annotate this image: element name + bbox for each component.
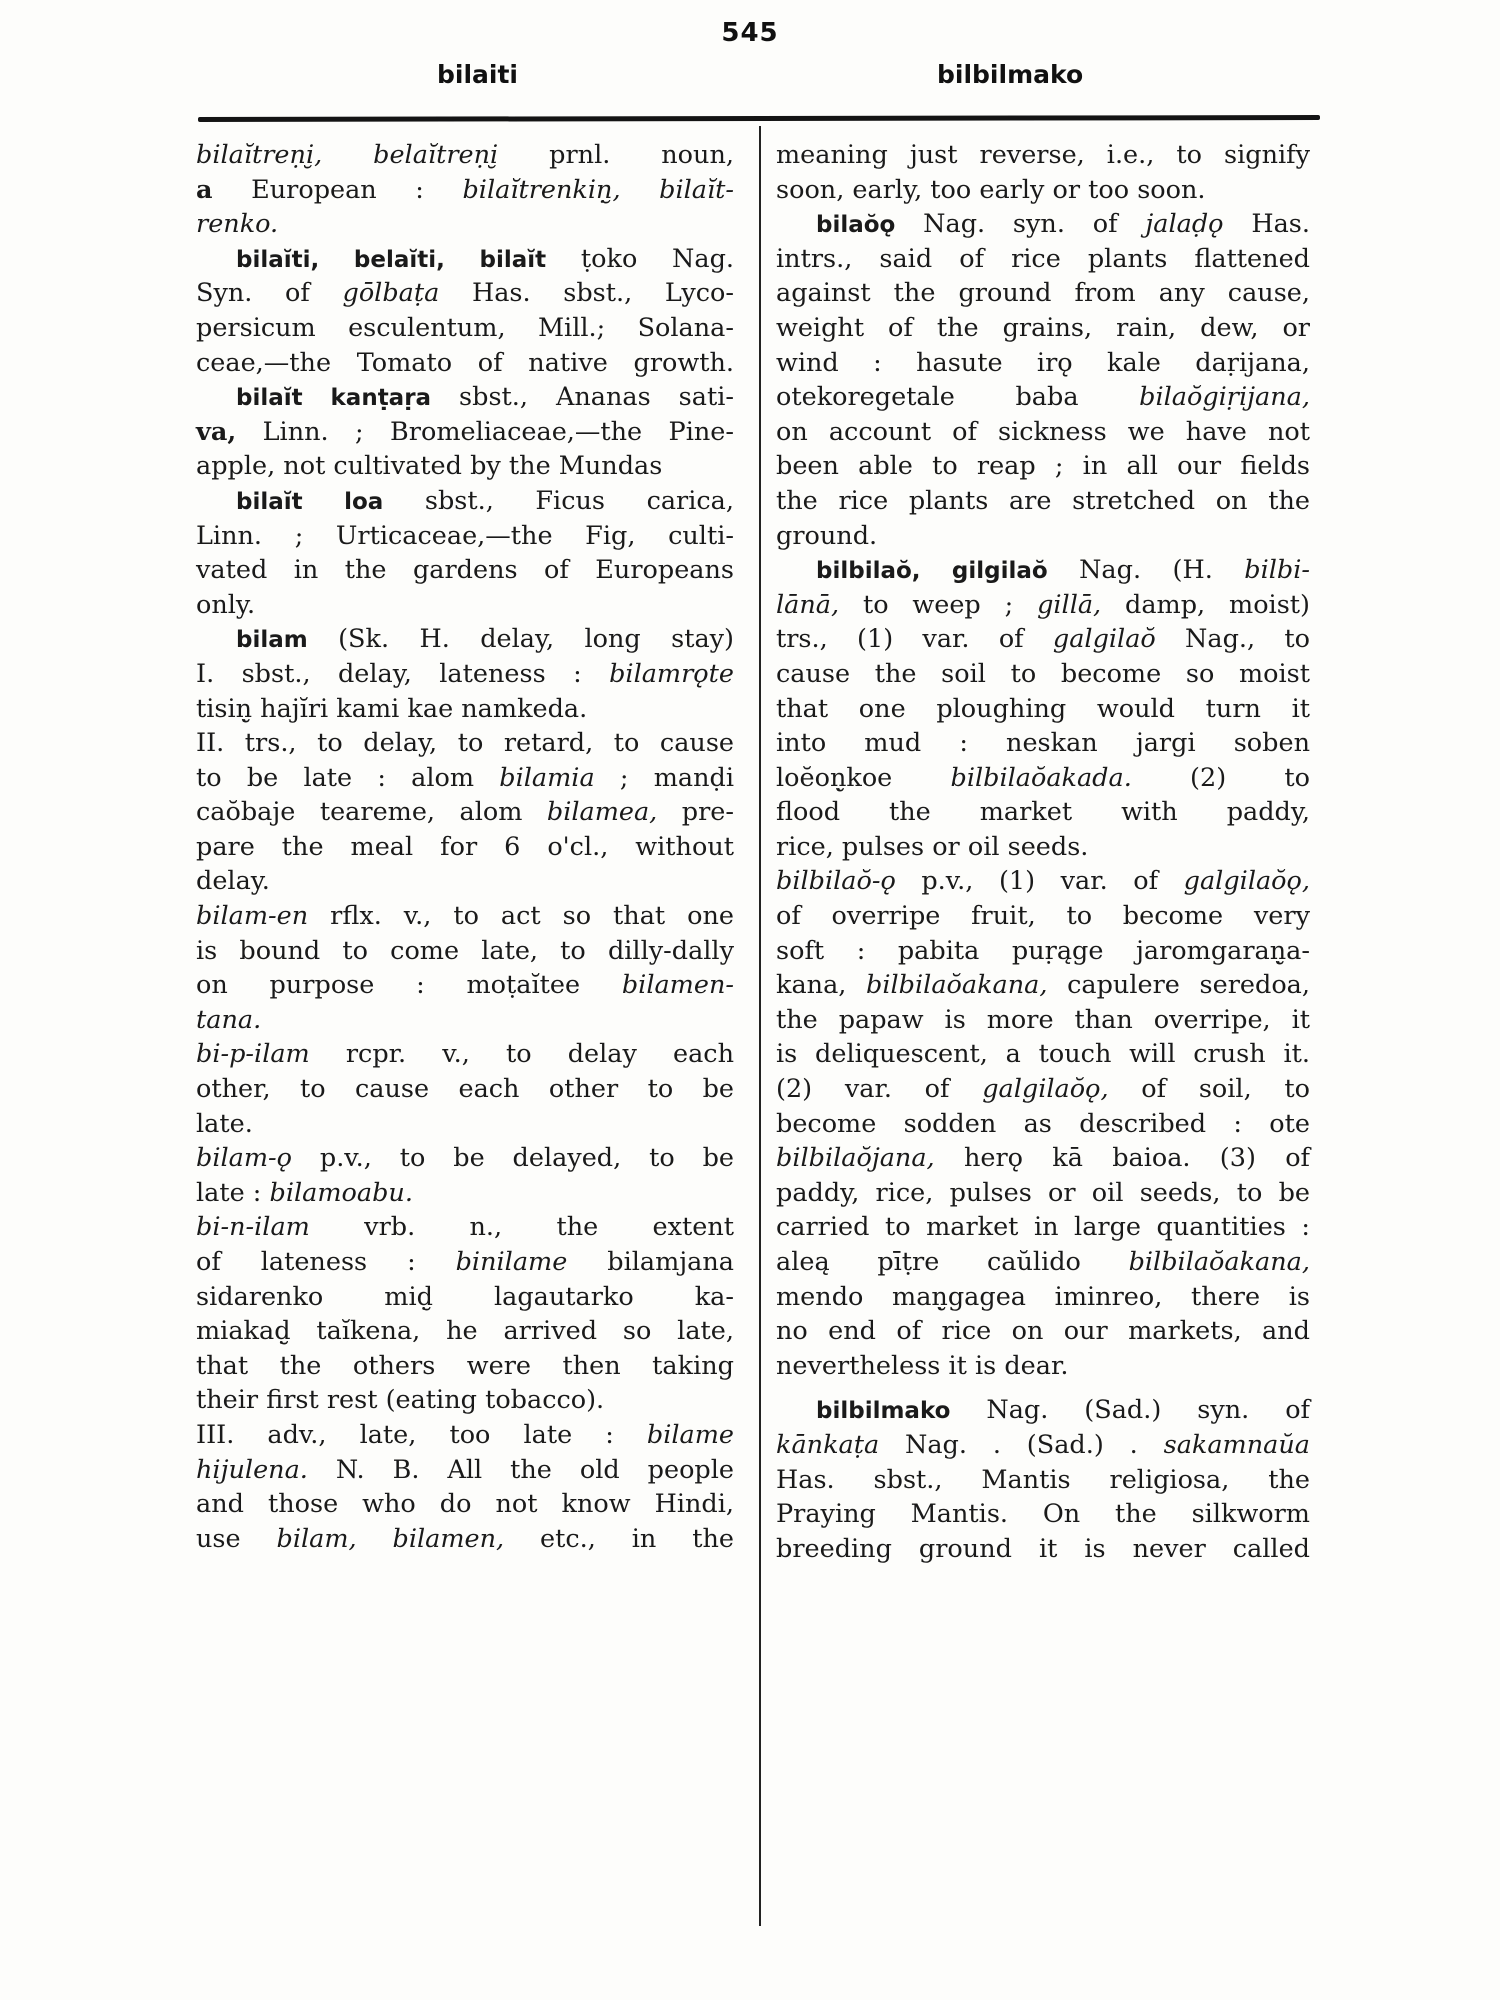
- text-segment: wind : hasute irǫ kale daṛijana,: [776, 348, 1310, 378]
- headword: bilbilmako: [816, 1398, 950, 1424]
- text-line: against the ground from any cause,: [776, 276, 1310, 311]
- italic-term: galgilaŏǫ,: [1184, 866, 1310, 896]
- text-segment: Nag. (Sad.) syn. of: [950, 1395, 1310, 1425]
- text-line: kana, bilbilaŏakana, capulere seredoa,: [776, 968, 1310, 1003]
- text-segment: vated in the gardens of Europeans: [196, 555, 734, 585]
- text-line: bilaŏǫ Nag. syn. of jalaḍǫ Has.: [776, 207, 1310, 242]
- text-line: on purpose : moṭaĭtee bilamen-: [196, 968, 734, 1003]
- text-line: only.: [196, 588, 734, 623]
- text-segment: become sodden as described : ote: [776, 1109, 1310, 1139]
- text-segment: of lateness :: [196, 1247, 456, 1277]
- text-segment: rice, pulses or oil seeds.: [776, 832, 1088, 862]
- text-segment: tisiṇ̮ hajĭri kami kae namkeda.: [196, 694, 587, 724]
- text-segment: Syn. of: [196, 278, 343, 308]
- text-line: wind : hasute irǫ kale daṛijana,: [776, 346, 1310, 381]
- text-line: soon, early, too early or too soon.: [776, 173, 1310, 208]
- italic-term: bilbi-: [1244, 555, 1310, 585]
- italic-term: bilbilaŏjana,: [776, 1143, 935, 1173]
- text-segment: use: [196, 1524, 277, 1554]
- italic-term: bilamia: [499, 763, 594, 793]
- italic-term: tana.: [196, 1005, 261, 1035]
- italic-term: bilamea,: [547, 797, 657, 827]
- italic-term: bilbilaŏ-ǫ: [776, 866, 896, 896]
- text-line: apple, not cultivated by the Mundas: [196, 449, 734, 484]
- text-segment: that the others were then taking: [196, 1351, 734, 1381]
- text-segment: p.v., to be delayed, to be: [292, 1143, 734, 1173]
- text-line: lānā, to weep ; gillā, damp, moist): [776, 588, 1310, 623]
- text-line: to be late : alom bilamia ; manḍi: [196, 761, 734, 796]
- text-segment: damp, moist): [1101, 590, 1310, 620]
- text-line: is deliquescent, a touch will crush it.: [776, 1037, 1310, 1072]
- text-segment: II. trs., to delay, to retard, to cause: [196, 728, 734, 758]
- text-segment: late.: [196, 1109, 253, 1139]
- italic-term: bi-p-ilam: [196, 1039, 310, 1069]
- text-segment: aleą pīṭre caŭlido: [776, 1247, 1129, 1277]
- right-column: meaning just reverse, i.e., to signifyso…: [776, 138, 1310, 1566]
- italic-term: bilame: [647, 1420, 734, 1450]
- headword: bilam: [236, 627, 308, 653]
- text-segment: on account of sickness we have not: [776, 417, 1310, 447]
- italic-term: bi-n-ilam: [196, 1212, 310, 1242]
- text-segment: the rice plants are stretched on the: [776, 486, 1310, 516]
- text-line: III. adv., late, too late : bilame: [196, 1418, 734, 1453]
- text-line: the rice plants are stretched on the: [776, 484, 1310, 519]
- text-line: loĕoṇ̮koe bilbilaŏakada. (2) to: [776, 761, 1310, 796]
- text-segment: against the ground from any cause,: [776, 278, 1310, 308]
- guide-word-left: bilaiti: [437, 60, 518, 89]
- text-segment: that one ploughing would turn it: [776, 694, 1310, 724]
- text-segment: Nag., to: [1156, 624, 1310, 654]
- text-segment: is deliquescent, a touch will crush it.: [776, 1039, 1310, 1069]
- text-line: soft : pabita puṛąge jaromgaraṇ̮a-: [776, 934, 1310, 969]
- headword: bilbilaŏ, gilgilaŏ: [816, 558, 1048, 584]
- text-segment: carried to market in large quantities :: [776, 1212, 1310, 1242]
- text-line: that one ploughing would turn it: [776, 692, 1310, 727]
- text-segment: bilamjana: [567, 1247, 734, 1277]
- text-line: sidarenko miḍ̮ lagautarko ka-: [196, 1280, 734, 1315]
- text-segment: soon, early, too early or too soon.: [776, 175, 1206, 205]
- italic-term: bilamen-: [622, 970, 734, 1000]
- text-line: a European : bilaĭtrenkiṇ̮, bilaĭt-: [196, 173, 734, 208]
- text-line: the papaw is more than overripe, it: [776, 1003, 1310, 1038]
- text-line: meaning just reverse, i.e., to signify: [776, 138, 1310, 173]
- text-segment: Nag. syn. of: [895, 209, 1145, 239]
- headword: bilaĭti, belaĭti, bilaĭt: [236, 247, 546, 273]
- text-segment: Has. sbst., Mantis religiosa, the: [776, 1465, 1310, 1495]
- headword: bilaŏǫ: [816, 212, 895, 238]
- text-segment: and those who do not know Hindi,: [196, 1489, 734, 1519]
- text-segment: miakaḍ̮ taĭkena, he arrived so late,: [196, 1316, 734, 1346]
- text-segment: breeding ground it is never called: [776, 1534, 1310, 1564]
- text-line: of overripe fruit, to become very: [776, 899, 1310, 934]
- text-line: on account of sickness we have not: [776, 415, 1310, 450]
- text-line: otekoregetale baba bilaŏgiṛijana,: [776, 380, 1310, 415]
- italic-term: hijulena.: [196, 1455, 308, 1485]
- text-line: tisiṇ̮ hajĭri kami kae namkeda.: [196, 692, 734, 727]
- text-segment: ceae,—the Tomato of native growth.: [196, 348, 734, 378]
- text-line: cause the soil to become so moist: [776, 657, 1310, 692]
- text-line: kānkaṭa Nag. . (Sad.) . sakamnaŭa: [776, 1428, 1310, 1463]
- text-segment: to weep ;: [839, 590, 1037, 620]
- text-line: of lateness : binilame bilamjana: [196, 1245, 734, 1280]
- text-line: and those who do not know Hindi,: [196, 1487, 734, 1522]
- text-line: delay.: [196, 864, 734, 899]
- italic-term: kānkaṭa: [776, 1430, 879, 1460]
- text-segment: cause the soil to become so moist: [776, 659, 1310, 689]
- text-segment: Nag. . (Sad.) .: [879, 1430, 1163, 1460]
- text-segment: (2) to: [1132, 763, 1310, 793]
- text-segment: Praying Mantis. On the silkworm: [776, 1499, 1310, 1529]
- text-segment: I. sbst., delay, lateness :: [196, 659, 609, 689]
- page-number: 545: [0, 18, 1500, 48]
- text-line: va, Linn. ; Bromeliaceae,—the Pine-: [196, 415, 734, 450]
- column-divider: [759, 126, 761, 1926]
- text-line: weight of the grains, rain, dew, or: [776, 311, 1310, 346]
- italic-term: bilaŏgiṛijana,: [1139, 382, 1310, 412]
- text-segment: (2) var. of: [776, 1074, 982, 1104]
- italic-term: bilamoabu.: [270, 1178, 413, 1208]
- text-line: I. sbst., delay, lateness : bilamrǫte: [196, 657, 734, 692]
- text-line: no end of rice on our markets, and: [776, 1314, 1310, 1349]
- text-segment: ṭoko Nag.: [546, 244, 734, 274]
- text-segment: va,: [196, 417, 236, 447]
- italic-term: galgilaŏ: [1053, 624, 1156, 654]
- text-line: nevertheless it is dear.: [776, 1349, 1310, 1384]
- italic-term: bilbilaŏakana,: [866, 970, 1047, 1000]
- italic-term: bilamrǫte: [609, 659, 734, 689]
- text-segment: the papaw is more than overripe, it: [776, 1005, 1310, 1035]
- text-segment: flood the market with paddy,: [776, 797, 1310, 827]
- text-line: breeding ground it is never called: [776, 1532, 1310, 1567]
- text-line: bilaĭt kanṭaṛa sbst., Ananas sati-: [196, 380, 734, 415]
- text-line: bilam-en rflx. v., to act so that one: [196, 899, 734, 934]
- text-segment: pre-: [657, 797, 734, 827]
- text-segment: etc., in the: [504, 1524, 734, 1554]
- text-line: caŏbaje teareme, alom bilamea, pre-: [196, 795, 734, 830]
- text-line: bilam (Sk. H. delay, long stay): [196, 622, 734, 657]
- text-line: (2) var. of galgilaŏǫ, of soil, to: [776, 1072, 1310, 1107]
- text-segment: herǫ kā baioa. (3) of: [935, 1143, 1310, 1173]
- text-line: Has. sbst., Mantis religiosa, the: [776, 1463, 1310, 1498]
- italic-term: gōlbaṭa: [343, 278, 440, 308]
- text-segment: to be late : alom: [196, 763, 499, 793]
- text-line: been able to reap ; in all our fields: [776, 449, 1310, 484]
- italic-term: bilbilaŏakana,: [1129, 1247, 1310, 1277]
- text-line: become sodden as described : ote: [776, 1107, 1310, 1142]
- text-segment: on purpose : moṭaĭtee: [196, 970, 622, 1000]
- text-segment: paddy, rice, pulses or oil seeds, to be: [776, 1178, 1310, 1208]
- text-segment: III. adv., late, too late :: [196, 1420, 647, 1450]
- text-line: flood the market with paddy,: [776, 795, 1310, 830]
- text-line: Syn. of gōlbaṭa Has. sbst., Lyco-: [196, 276, 734, 311]
- italic-term: gillā,: [1037, 590, 1101, 620]
- text-segment: intrs., said of rice plants flattened: [776, 244, 1310, 274]
- text-segment: Has.: [1224, 209, 1310, 239]
- italic-term: bilaĭtrenkiṇ̮, bilaĭt-: [462, 175, 734, 205]
- text-segment: sbst., Ananas sati-: [431, 382, 734, 412]
- text-segment: sidarenko miḍ̮ lagautarko ka-: [196, 1282, 734, 1312]
- text-segment: is bound to come late, to dilly-dally: [196, 936, 734, 966]
- italic-term: lānā,: [776, 590, 839, 620]
- left-column: bilaĭtreṇi̮, belaĭtreṇi̮ prnl. noun,a Eu…: [196, 138, 734, 1556]
- text-line: is bound to come late, to dilly-dally: [196, 934, 734, 969]
- text-line: ceae,—the Tomato of native growth.: [196, 346, 734, 381]
- text-segment: pare the meal for 6 o'cl., without: [196, 832, 734, 862]
- italic-term: bilam-en: [196, 901, 308, 931]
- text-line: other, to cause each other to be: [196, 1072, 734, 1107]
- text-segment: weight of the grains, rain, dew, or: [776, 313, 1310, 343]
- text-segment: persicum esculentum, Mill.; Solana-: [196, 313, 734, 343]
- text-segment: their first rest (eating tobacco).: [196, 1385, 604, 1415]
- text-line: bilam-ǫ p.v., to be delayed, to be: [196, 1141, 734, 1176]
- text-line: mendo maṇ̮gagea iminreo, there is: [776, 1280, 1310, 1315]
- text-line: renko.: [196, 207, 734, 242]
- text-segment: loĕoṇ̮koe: [776, 763, 951, 793]
- text-segment: trs., (1) var. of: [776, 624, 1053, 654]
- text-segment: N. B. All the old people: [308, 1455, 734, 1485]
- text-line: bilbilaŏ-ǫ p.v., (1) var. of galgilaŏǫ,: [776, 864, 1310, 899]
- text-segment: ; manḍi: [595, 763, 734, 793]
- italic-term: galgilaŏǫ,: [982, 1074, 1108, 1104]
- text-segment: nevertheless it is dear.: [776, 1351, 1068, 1381]
- italic-term: binilame: [456, 1247, 568, 1277]
- text-segment: prnl. noun,: [498, 140, 734, 170]
- text-segment: otekoregetale baba: [776, 382, 1139, 412]
- text-segment: mendo maṇ̮gagea iminreo, there is: [776, 1282, 1310, 1312]
- text-segment: delay.: [196, 866, 270, 896]
- text-line: bi-p-ilam rcpr. v., to delay each: [196, 1037, 734, 1072]
- header-rule: [198, 115, 1320, 122]
- text-segment: been able to reap ; in all our fields: [776, 451, 1310, 481]
- italic-term: sakamnaŭa: [1164, 1430, 1310, 1460]
- italic-term: bilbilaŏakada.: [951, 763, 1132, 793]
- text-line: intrs., said of rice plants flattened: [776, 242, 1310, 277]
- text-line: pare the meal for 6 o'cl., without: [196, 830, 734, 865]
- text-line: miakaḍ̮ taĭkena, he arrived so late,: [196, 1314, 734, 1349]
- text-segment: no end of rice on our markets, and: [776, 1316, 1310, 1346]
- italic-term: bilam-ǫ: [196, 1143, 292, 1173]
- text-line: late : bilamoabu.: [196, 1176, 734, 1211]
- text-segment: of soil, to: [1109, 1074, 1310, 1104]
- text-segment: Nag. (H.: [1048, 555, 1245, 585]
- text-line: bilaĭtreṇi̮, belaĭtreṇi̮ prnl. noun,: [196, 138, 734, 173]
- text-line: bilbilmako Nag. (Sad.) syn. of: [776, 1393, 1310, 1428]
- text-segment: into mud : neskan jargi soben: [776, 728, 1310, 758]
- text-line: ground.: [776, 519, 1310, 554]
- text-segment: Linn. ; Urticaceae,—the Fig, culti-: [196, 521, 734, 551]
- text-line: II. trs., to delay, to retard, to cause: [196, 726, 734, 761]
- text-line: bilbilaŏ, gilgilaŏ Nag. (H. bilbi-: [776, 553, 1310, 588]
- text-segment: meaning just reverse, i.e., to signify: [776, 140, 1310, 170]
- italic-term: bilam, bilamen,: [277, 1524, 505, 1554]
- text-segment: soft : pabita puṛąge jaromgaraṇ̮a-: [776, 936, 1310, 966]
- text-line: bi-n-ilam vrb. n., the extent: [196, 1210, 734, 1245]
- italic-term: renko.: [196, 209, 278, 239]
- text-line: that the others were then taking: [196, 1349, 734, 1384]
- text-segment: sbst., Ficus carica,: [383, 486, 734, 516]
- text-segment: other, to cause each other to be: [196, 1074, 734, 1104]
- text-segment: (Sk. H. delay, long stay): [308, 624, 734, 654]
- text-line: Linn. ; Urticaceae,—the Fig, culti-: [196, 519, 734, 554]
- text-line: vated in the gardens of Europeans: [196, 553, 734, 588]
- text-segment: late :: [196, 1178, 270, 1208]
- text-line: persicum esculentum, Mill.; Solana-: [196, 311, 734, 346]
- text-line: use bilam, bilamen, etc., in the: [196, 1522, 734, 1557]
- text-line: aleą pīṭre caŭlido bilbilaŏakana,: [776, 1245, 1310, 1280]
- text-line: Praying Mantis. On the silkworm: [776, 1497, 1310, 1532]
- text-segment: Linn. ; Bromeliaceae,—the Pine-: [236, 417, 734, 447]
- italic-term: jalaḍǫ: [1145, 209, 1223, 239]
- text-line: hijulena. N. B. All the old people: [196, 1453, 734, 1488]
- text-segment: p.v., (1) var. of: [896, 866, 1184, 896]
- text-line: into mud : neskan jargi soben: [776, 726, 1310, 761]
- text-segment: rcpr. v., to delay each: [310, 1039, 734, 1069]
- text-line: bilaĭti, belaĭti, bilaĭt ṭoko Nag.: [196, 242, 734, 277]
- guide-word-right: bilbilmako: [937, 60, 1083, 89]
- text-line: bilbilaŏjana, herǫ kā baioa. (3) of: [776, 1141, 1310, 1176]
- text-line: late.: [196, 1107, 734, 1142]
- text-line: carried to market in large quantities :: [776, 1210, 1310, 1245]
- text-line: paddy, rice, pulses or oil seeds, to be: [776, 1176, 1310, 1211]
- text-segment: European :: [213, 175, 463, 205]
- text-segment: Has. sbst., Lyco-: [439, 278, 734, 308]
- text-segment: of overripe fruit, to become very: [776, 901, 1310, 931]
- text-segment: capulere seredoa,: [1047, 970, 1310, 1000]
- text-segment: kana,: [776, 970, 866, 1000]
- text-segment: apple, not cultivated by the Mundas: [196, 451, 662, 481]
- headword: bilaĭt loa: [236, 489, 383, 515]
- italic-term: bilaĭtreṇi̮, belaĭtreṇi̮: [196, 140, 498, 170]
- headword: bilaĭt kanṭaṛa: [236, 385, 431, 411]
- text-segment: only.: [196, 590, 255, 620]
- text-line: their first rest (eating tobacco).: [196, 1383, 734, 1418]
- text-segment: vrb. n., the extent: [310, 1212, 734, 1242]
- text-line: rice, pulses or oil seeds.: [776, 830, 1310, 865]
- text-segment: a: [196, 175, 213, 205]
- text-segment: rflx. v., to act so that one: [308, 901, 734, 931]
- text-line: trs., (1) var. of galgilaŏ Nag., to: [776, 622, 1310, 657]
- text-segment: caŏbaje teareme, alom: [196, 797, 547, 827]
- text-line: bilaĭt loa sbst., Ficus carica,: [196, 484, 734, 519]
- text-segment: ground.: [776, 521, 877, 551]
- text-line: tana.: [196, 1003, 734, 1038]
